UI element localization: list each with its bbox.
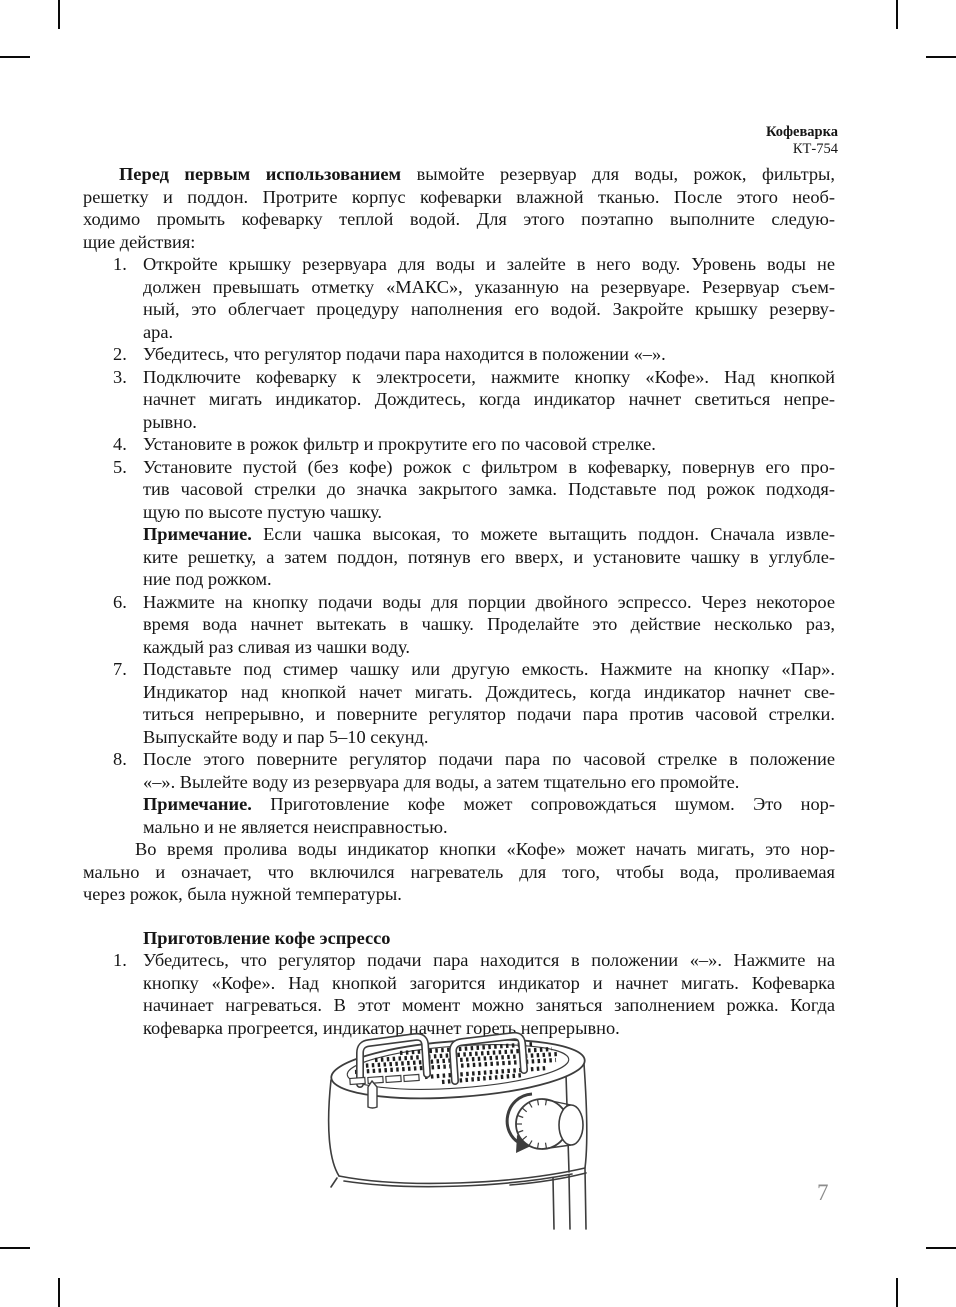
text-line: щую по высоте пустую чашку. <box>143 501 835 524</box>
list-item-number: 7. <box>113 658 127 681</box>
text-line: решетку и поддон. Протрите корпус кофева… <box>83 186 835 209</box>
text-line: через рожок, была нужной температуры. <box>83 883 835 906</box>
crop-mark-bottom-left-v <box>58 1278 60 1307</box>
text-line: Подключите кофеварку к электросети, нажм… <box>143 366 835 389</box>
text-line: ките решетку, а затем поддон, потянув ег… <box>143 546 835 569</box>
list-item-number: 5. <box>113 456 127 479</box>
list-item-number: 1. <box>113 253 127 276</box>
crop-mark-bottom-left-h <box>0 1247 30 1249</box>
text-line: ный, это облегчает процедуру наполнения … <box>143 298 835 321</box>
list-item-number: 6. <box>113 591 127 614</box>
text-line: тив часовой стрелки до значка закрытого … <box>143 478 835 501</box>
list-item: 1.Откройте крышку резервуара для воды и … <box>83 253 835 343</box>
list-item-number: 1. <box>113 949 127 972</box>
text-line: Примечание. Если чашка высокая, то может… <box>143 523 835 546</box>
text-line: титься непрерывно, и поверните регулятор… <box>143 703 835 726</box>
list-item: 3.Подключите кофеварку к электросети, на… <box>83 366 835 434</box>
list-item: 5.Установите пустой (без кофе) рожок с ф… <box>83 456 835 591</box>
list-item: 7.Подставьте под стимер чашку или другую… <box>83 658 835 748</box>
document-body: Перед первым использованием вымойте резе… <box>83 163 835 1039</box>
text-line: Перед первым использованием вымойте резе… <box>83 163 835 186</box>
text-line: ходимо промыть кофеварку теплой водой. Д… <box>83 208 835 231</box>
running-head: Кофеварка КТ-754 <box>766 124 838 158</box>
text-line: Установите пустой (без кофе) рожок с фил… <box>143 456 835 479</box>
text-line: Убедитесь, что регулятор подачи пара нах… <box>143 343 835 366</box>
front-latch <box>368 1081 377 1108</box>
paragraph: Во время пролива воды индикатор кнопки «… <box>83 838 835 906</box>
list-item-number: 4. <box>113 433 127 456</box>
crop-mark-top-right-v <box>896 0 898 29</box>
list-item: 8.После этого поверните регулятор подачи… <box>83 748 835 838</box>
product-name: Кофеварка <box>766 124 838 141</box>
text-line: каждый раз сливая из чашки воду. <box>143 636 835 659</box>
list-item: 6.Нажмите на кнопку подачи воды для порц… <box>83 591 835 659</box>
crop-mark-bottom-right-v <box>896 1278 898 1307</box>
list-item-number: 8. <box>113 748 127 771</box>
text-line: ние под рожком. <box>143 568 835 591</box>
text-line: время вода начнет вытекать в чашку. Прод… <box>143 613 835 636</box>
text-line: Установите в рожок фильтр и прокрутите е… <box>143 433 835 456</box>
text-line: ара. <box>143 321 835 344</box>
text-line: кнопку «Кофе». Над кнопкой загорится инд… <box>143 972 835 995</box>
list-item-number: 2. <box>113 343 127 366</box>
text-line: щие действия: <box>83 231 835 254</box>
manual-page: Кофеварка КТ-754 Перед первым использова… <box>0 0 956 1307</box>
text-line: После этого поверните регулятор подачи п… <box>143 748 835 771</box>
text-line: «–». Вылейте воду из резервуара для воды… <box>143 771 835 794</box>
crop-mark-top-left-v <box>58 0 60 29</box>
text-line: Убедитесь, что регулятор подачи пара нах… <box>143 949 835 972</box>
text-line: мально и не является неисправностью. <box>143 816 835 839</box>
text-line: начинает нагреваться. В этот момент можн… <box>143 994 835 1017</box>
crop-mark-top-right-h <box>926 56 956 58</box>
text-line: мально и означает, что включился нагрева… <box>83 861 835 884</box>
list-item: 4.Установите в рожок фильтр и прокрутите… <box>83 433 835 456</box>
section-heading: Приготовление кофе эспрессо <box>83 927 835 950</box>
text-line: начнет мигать индикатор. Дождитесь, когд… <box>143 388 835 411</box>
crop-mark-bottom-right-h <box>926 1247 956 1249</box>
page-number: 7 <box>817 1180 829 1206</box>
text-line: Нажмите на кнопку подачи воды для порции… <box>143 591 835 614</box>
text-line: Подставьте под стимер чашку или другую е… <box>143 658 835 681</box>
text-line: должен превышать отметку «МАКС», указанн… <box>143 276 835 299</box>
list-item: 2.Убедитесь, что регулятор подачи пара н… <box>83 343 835 366</box>
text-line: Выпускайте воду и пар 5–10 секунд. <box>143 726 835 749</box>
coffee-machine-illustration <box>300 1032 650 1232</box>
text-line: рывно. <box>143 411 835 434</box>
list-item: 1.Убедитесь, что регулятор подачи пара н… <box>83 949 835 1039</box>
text-line: Индикатор над кнопкой начет мигать. Дожд… <box>143 681 835 704</box>
text-line: Примечание. Приготовление кофе может соп… <box>143 793 835 816</box>
steam-knob <box>516 1099 583 1149</box>
text-line: Во время пролива воды индикатор кнопки «… <box>83 838 835 861</box>
list-item-number: 3. <box>113 366 127 389</box>
text-line: Откройте крышку резервуара для воды и за… <box>143 253 835 276</box>
crop-mark-top-left-h <box>0 56 30 58</box>
model-number: КТ-754 <box>766 141 838 158</box>
paragraph: Перед первым использованием вымойте резе… <box>83 163 835 253</box>
